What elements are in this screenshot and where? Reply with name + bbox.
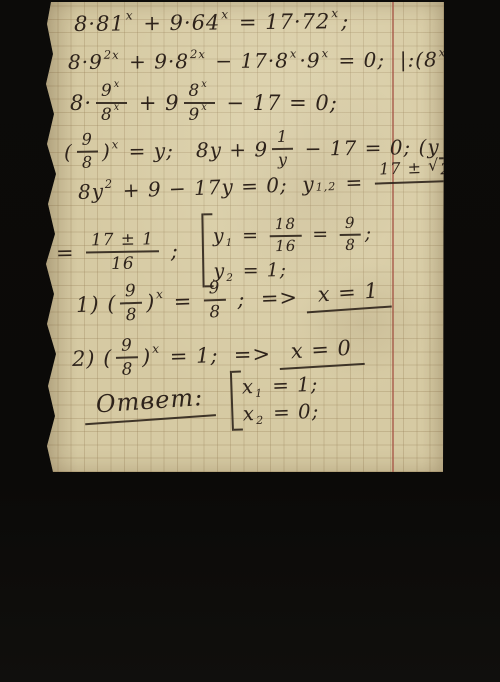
fraction-numerator: 17 ± 1 xyxy=(86,230,159,253)
math-token-superscript: x xyxy=(114,80,121,90)
cases-row: x1 = 1; xyxy=(241,373,318,399)
fraction-numerator: 9x xyxy=(96,82,127,104)
math-token-subscript: 1 xyxy=(226,237,234,249)
fraction-numerator: 9 xyxy=(77,132,98,153)
math-token-text: 1 xyxy=(277,129,288,146)
math-token-text: ) xyxy=(480,47,489,71)
math-token-text: 16 xyxy=(275,239,297,255)
fraction-numerator: 17 ± √289 − 288 xyxy=(374,154,500,184)
math-token-subscript: 1 xyxy=(255,387,263,400)
math-token-text: x xyxy=(241,375,254,398)
math-token-fraction: 98 xyxy=(340,216,361,254)
equation-line-1: 8·81x + 9·64x = 17·72x; xyxy=(74,9,350,36)
math-token-text: ) xyxy=(142,345,152,369)
math-token-superscript: x xyxy=(152,342,160,356)
math-token-underlined: x = 0 xyxy=(278,335,365,370)
math-token-superscript: x xyxy=(331,7,339,21)
math-token-superscript: x xyxy=(470,45,478,59)
fraction-denominator: 8 xyxy=(125,303,137,323)
math-token-text: = xyxy=(305,223,336,246)
math-token-bracket-cases: x1 = 1;x2 = 0; xyxy=(230,368,320,431)
math-token-text: = xyxy=(56,240,83,264)
math-token-text: 8 xyxy=(189,82,201,100)
fraction-numerator: 9 xyxy=(120,282,142,304)
math-token-text: 17 ± xyxy=(379,160,428,178)
fraction-denominator: 9x xyxy=(189,104,210,124)
sqrt-radical-glyph: √ xyxy=(428,157,440,173)
answer-line: Ответ: x1 = 1;x2 = 0; xyxy=(83,368,320,436)
math-token-sqrt: √289 − 288 xyxy=(428,154,500,178)
cases-row: x2 = 0; xyxy=(242,400,319,426)
fraction-numerator: 9 xyxy=(116,336,138,358)
math-token-fraction: 17 ± 116 xyxy=(86,230,159,273)
math-token-text: − 17·8 xyxy=(208,48,289,73)
math-token-superscript: x xyxy=(114,103,121,113)
sqrt-radicand: 289 − 288 xyxy=(439,154,500,178)
math-token-underlined: x = 1 xyxy=(305,277,392,313)
math-token-text: + 9 − 17y = 0; y xyxy=(115,171,315,202)
math-token-fraction: 98 xyxy=(203,279,226,321)
math-token-text: − 17 = 0; (y ≠ 0) xyxy=(297,134,495,161)
math-token-text: = xyxy=(235,224,266,247)
math-token-text: + 9·64 xyxy=(136,10,221,35)
fraction-denominator: 16 xyxy=(447,181,470,201)
fraction-denominator: 8 xyxy=(209,301,221,321)
math-token-text: 2) ( xyxy=(72,346,113,371)
math-token-text: 9 xyxy=(82,132,93,149)
math-token-text: = 0; |:(8 xyxy=(331,47,438,72)
math-token-text: 8 xyxy=(209,303,221,321)
math-token-superscript: x xyxy=(221,8,229,22)
math-token-text: 9 xyxy=(189,106,201,124)
fraction-denominator: 16 xyxy=(275,237,297,255)
math-token-superscript: x xyxy=(321,46,329,60)
math-token-fraction: 1816 xyxy=(270,217,302,255)
math-token-text: + 9 xyxy=(131,91,179,115)
math-token-superscript: x xyxy=(156,287,164,301)
math-token-text xyxy=(215,389,224,414)
math-token-fraction: 98 xyxy=(120,282,143,324)
math-token-text: = xyxy=(338,169,371,194)
math-token-text: 8y xyxy=(78,179,105,204)
math-token-text: 9 xyxy=(121,336,133,354)
math-token-text: x xyxy=(242,402,255,425)
math-token-text: 1) ( xyxy=(76,291,117,316)
math-token-text: 9 xyxy=(101,82,113,100)
math-token-text: ·9 xyxy=(448,47,469,71)
math-token-subscript: 2 xyxy=(256,414,264,427)
math-token-text: 9 xyxy=(208,279,220,297)
math-token-fraction: 98 xyxy=(116,336,139,378)
math-token-text: 8·9 xyxy=(68,50,103,74)
fraction-numerator: 9 xyxy=(203,279,225,301)
math-token-text: ( xyxy=(64,140,73,164)
math-token-text: 8 xyxy=(345,238,356,254)
math-token-text: ·9 xyxy=(299,48,320,72)
math-token-superscript: x xyxy=(290,46,298,60)
math-token-superscript: 2 xyxy=(105,176,114,190)
math-token-fraction: 8x9x xyxy=(184,82,215,123)
math-token-superscript: x xyxy=(201,103,208,113)
math-token-text: 8· xyxy=(70,91,92,115)
math-token-text: 17 ± 1 xyxy=(91,231,154,250)
math-token-text: 16 xyxy=(111,255,135,273)
math-token-superscript: 2x xyxy=(104,47,120,61)
photo-background: 8·81x + 9·64x = 17·72x; 8·92x + 9·82x − … xyxy=(0,0,500,682)
math-token-fraction: 17 ± √289 − 28816 xyxy=(374,154,500,203)
math-token-text: 18 xyxy=(275,217,297,233)
math-token-fraction: 98 xyxy=(77,132,99,172)
math-token-underlined: Ответ: xyxy=(83,382,217,425)
math-token-text: = 1; => xyxy=(162,341,279,368)
fraction-denominator: 8x xyxy=(101,104,122,124)
math-token-text: − 17 = 0; xyxy=(219,91,338,115)
math-token-superscript: 2x xyxy=(190,47,206,61)
math-token-text: ) xyxy=(146,290,156,314)
math-token-superscript: x xyxy=(126,9,134,23)
math-token-text: = 0; xyxy=(265,400,319,425)
math-token-fraction: 9x8x xyxy=(96,82,127,123)
math-token-superscript: x xyxy=(439,45,447,59)
equation-line-3: 8·9x8x + 98x9x − 17 = 0; xyxy=(70,82,338,123)
math-token-text: y xyxy=(213,225,225,247)
notebook-page: 8·81x + 9·64x = 17·72x; 8·92x + 9·82x − … xyxy=(44,2,444,472)
math-token-superscript: x xyxy=(112,137,120,151)
math-token-text: ; xyxy=(341,9,349,33)
equation-line-2: 8·92x + 9·82x − 17·8x·9x = 0; |:(8x·9x) xyxy=(68,47,489,74)
math-token-text: ; => xyxy=(229,285,306,312)
fraction-numerator: 9 xyxy=(340,216,361,236)
math-token-text: = y; 8y + 9 xyxy=(121,137,268,163)
fraction-denominator: 16 xyxy=(111,253,135,273)
fraction-numerator: 8x xyxy=(184,82,215,104)
math-token-text: 8 xyxy=(125,305,137,323)
math-token-text: ) xyxy=(102,139,111,163)
math-token-text: 9 xyxy=(125,282,137,300)
math-token-superscript: x xyxy=(201,80,208,90)
math-token-text: + 9·8 xyxy=(122,49,189,73)
fraction-denominator: 8 xyxy=(345,236,356,254)
math-token-text: 16 xyxy=(447,183,470,201)
cases-row: y1 = 1816 = 98; xyxy=(213,215,373,256)
math-token-text: = 17·72 xyxy=(231,9,330,34)
math-token-text: 8 xyxy=(101,106,113,124)
fraction-numerator: 1 xyxy=(272,129,293,150)
math-token-text: 8·81 xyxy=(74,11,125,36)
math-token-text: ; xyxy=(365,222,373,244)
red-margin-line xyxy=(392,2,394,472)
math-token-text: 9 xyxy=(345,216,356,232)
math-token-text: = 1; xyxy=(265,373,319,398)
math-token-text: = xyxy=(166,288,201,313)
math-token-text: ; xyxy=(163,238,195,263)
fraction-numerator: 18 xyxy=(270,217,302,237)
math-token-subscript: 1,2 xyxy=(316,180,337,194)
